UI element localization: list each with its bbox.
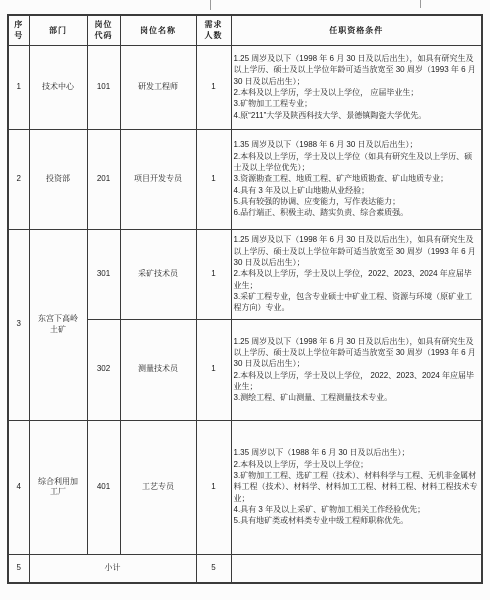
qualifications-cell <box>231 554 482 583</box>
position-code-cell: 302 <box>87 319 120 420</box>
headcount-cell: 5 <box>196 554 231 583</box>
table-row: 3 东宫下高岭 土矿 301 采矿技术员 1 1.25 周岁及以下（1998 年… <box>8 229 482 319</box>
position-name-cell: 工艺专员 <box>120 420 196 554</box>
recruitment-table-page: 序 号 部门 岗位 代码 岗位名称 需求 人数 任职资格条件 1 技术中心 10… <box>0 0 490 600</box>
recruitment-table: 序 号 部门 岗位 代码 岗位名称 需求 人数 任职资格条件 1 技术中心 10… <box>7 14 483 584</box>
col-header-position-name: 岗位名称 <box>120 15 196 45</box>
qualifications-cell: 1.35 周岁以下（1988 年 6 月 30 日及以后出生）； 2.本科及以上… <box>231 420 482 554</box>
table-row: 4 综合利用加 工厂 401 工艺专员 1 1.35 周岁以下（1988 年 6… <box>8 420 482 554</box>
table-row: 1 技术中心 101 研发工程师 1 1.25 周岁及以下（1998 年 6 月… <box>8 45 482 129</box>
serial-cell: 3 <box>8 229 29 420</box>
position-name-cell: 测量技术员 <box>120 319 196 420</box>
col-header-headcount: 需求 人数 <box>196 15 231 45</box>
header-row: 序 号 部门 岗位 代码 岗位名称 需求 人数 任职资格条件 <box>8 15 482 45</box>
crop-artifact-line <box>420 0 421 8</box>
headcount-cell: 1 <box>196 129 231 229</box>
crop-artifact-line <box>210 0 211 10</box>
headcount-cell: 1 <box>196 229 231 319</box>
qualifications-cell: 1.35 周岁及以下（1988 年 6 月 30 日及以后出生）； 2.本科及以… <box>231 129 482 229</box>
position-code-cell: 401 <box>87 420 120 554</box>
qualifications-cell: 1.25 周岁及以下（1998 年 6 月 30 日及以后出生），如具有研究生及… <box>231 45 482 129</box>
department-cell: 综合利用加 工厂 <box>29 420 87 554</box>
serial-cell: 5 <box>8 554 29 583</box>
department-cell: 东宫下高岭 土矿 <box>29 229 87 420</box>
subtotal-row: 5 小计 5 <box>8 554 482 583</box>
subtotal-label-cell: 小计 <box>29 554 196 583</box>
headcount-cell: 1 <box>196 319 231 420</box>
serial-cell: 4 <box>8 420 29 554</box>
table-row: 2 投资部 201 项目开发专员 1 1.35 周岁及以下（1988 年 6 月… <box>8 129 482 229</box>
department-cell: 技术中心 <box>29 45 87 129</box>
col-header-department: 部门 <box>29 15 87 45</box>
qualifications-cell: 1.25 周岁及以下（1998 年 6 月 30 日及以后出生），如具有研究生及… <box>231 229 482 319</box>
headcount-cell: 1 <box>196 420 231 554</box>
position-name-cell: 采矿技术员 <box>120 229 196 319</box>
position-code-cell: 301 <box>87 229 120 319</box>
serial-cell: 1 <box>8 45 29 129</box>
position-name-cell: 研发工程师 <box>120 45 196 129</box>
col-header-serial: 序 号 <box>8 15 29 45</box>
position-code-cell: 101 <box>87 45 120 129</box>
col-header-qualifications: 任职资格条件 <box>231 15 482 45</box>
col-header-position-code: 岗位 代码 <box>87 15 120 45</box>
headcount-cell: 1 <box>196 45 231 129</box>
qualifications-cell: 1.25 周岁及以下（1998 年 6 月 30 日及以后出生），如具有研究生及… <box>231 319 482 420</box>
department-cell: 投资部 <box>29 129 87 229</box>
serial-cell: 2 <box>8 129 29 229</box>
position-code-cell: 201 <box>87 129 120 229</box>
position-name-cell: 项目开发专员 <box>120 129 196 229</box>
